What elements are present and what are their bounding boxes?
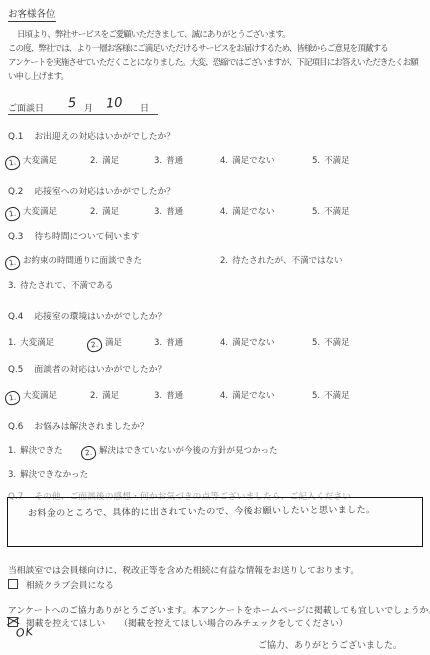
q6-option-1-num: 1. bbox=[8, 446, 16, 456]
q1-option-5-label: 不満足 bbox=[324, 156, 350, 166]
q1-option-1-label: 大変満足 bbox=[23, 156, 57, 166]
interview-date-day-suffix: 日 bbox=[140, 101, 149, 114]
q1-option-1: 1.大変満足 bbox=[8, 154, 57, 170]
closing-thanks: ご協力、ありがとうございました。 bbox=[258, 638, 402, 651]
q2-option-4: 4.満足でない bbox=[220, 205, 275, 217]
q3-options-row2: 3.待たされて、不満である bbox=[8, 279, 426, 293]
q3-options-row1: 1.お約束の時間通りに面談できた 2.待たされたが、不満ではない bbox=[8, 254, 426, 268]
intro-line-2: この度、弊社では、より一層お客様にご満足いただけるサービスをお届けするため、皆様… bbox=[8, 42, 426, 54]
q4-option-1-num: 1. bbox=[8, 338, 16, 348]
q5-option-5: 5.不満足 bbox=[312, 389, 350, 401]
q2-option-5: 5.不満足 bbox=[312, 205, 350, 217]
q1-text: お出迎えの対応はいかがでしたか？ bbox=[34, 132, 175, 142]
q4-option-4-label: 満足でない bbox=[232, 338, 275, 348]
q3-option-2-num: 2. bbox=[220, 256, 228, 266]
q2-option-1-label: 大変満足 bbox=[23, 207, 57, 217]
q6-options-row1: 1.解決できた 2.解決はできていないが今後の方針が見つかった bbox=[8, 444, 426, 458]
q4-answer-circle-mark: 2. bbox=[86, 337, 103, 353]
interview-date-month-suffix: 月 bbox=[84, 101, 93, 114]
q5-option-5-label: 不満足 bbox=[324, 391, 350, 401]
q4-id: Q.4 bbox=[8, 312, 23, 322]
q3-text: 待ち時間について伺います bbox=[34, 232, 139, 242]
q1-answer-circle-mark: 1. bbox=[4, 155, 21, 171]
q3-option-1-label: お約束の時間通りに面談できた bbox=[23, 256, 142, 266]
q1-id: Q.1 bbox=[8, 132, 23, 142]
questionnaire-document: お客様各位 日頃より、弊社サービスをご愛顧いただきまして、誠にありがとうございま… bbox=[0, 0, 430, 655]
q2-heading: Q.2応接室への対応はいかがでしたか？ bbox=[8, 184, 426, 197]
q6-option-3: 3.解決できなかった bbox=[8, 468, 88, 480]
q6-option-1: 1.解決できた bbox=[8, 444, 63, 456]
q6-option-3-num: 3. bbox=[8, 470, 16, 480]
q2-id: Q.2 bbox=[8, 187, 23, 197]
q1-option-2: 2.満足 bbox=[90, 154, 119, 166]
q6-option-1-label: 解決できた bbox=[20, 446, 63, 456]
q3-option-3-label: 待たされて、不満である bbox=[20, 281, 113, 291]
q6-option-2-label: 解決はできていないが今後の方針が見つかった bbox=[99, 446, 278, 456]
publish-decline-checkbox-scribbled bbox=[8, 617, 18, 627]
q4-option-2-label: 満足 bbox=[105, 338, 122, 348]
q6-text: お悩みは解決されましたか？ bbox=[34, 422, 148, 432]
q6-answer-circle-mark: 2. bbox=[80, 445, 97, 461]
publish-question-line: アンケートへのご協力ありがとうございます。本アンケートをホームページに掲載しても… bbox=[8, 603, 426, 616]
q3-option-1: 1.お約束の時間通りに面談できた bbox=[8, 254, 142, 270]
q5-option-4-num: 4. bbox=[220, 391, 228, 401]
club-member-checkbox bbox=[8, 579, 18, 589]
q5-answer-circle-mark: 1. bbox=[4, 390, 21, 406]
q5-heading: Q.5面談者の対応はいかがでしたか？ bbox=[8, 362, 426, 375]
q5-option-2-num: 2. bbox=[90, 391, 98, 401]
q3-option-2: 2.待たされたが、不満ではない bbox=[220, 254, 343, 266]
q4-option-5-label: 不満足 bbox=[324, 338, 350, 348]
q2-option-2-num: 2. bbox=[90, 207, 98, 217]
q1-option-3-num: 3. bbox=[154, 156, 162, 166]
q2-option-2-label: 満足 bbox=[102, 207, 119, 217]
q5-option-3-num: 3. bbox=[154, 391, 162, 401]
q6-option-2: 2.解決はできていないが今後の方針が見つかった bbox=[84, 444, 278, 460]
q5-option-3-label: 普通 bbox=[166, 391, 183, 401]
q2-option-5-num: 5. bbox=[312, 207, 320, 217]
q1-heading: Q.1お出迎えの対応はいかがでしたか？ bbox=[8, 129, 426, 142]
comment-box: お料金のところで、具体的に出されていたので、今後お願いしたいと思いました。 bbox=[7, 497, 423, 547]
q4-option-2: 2.満足 bbox=[90, 336, 122, 352]
handwritten-ok: OK bbox=[15, 625, 34, 640]
q5-id: Q.5 bbox=[8, 365, 23, 375]
q5-option-5-num: 5. bbox=[312, 391, 320, 401]
q1-option-3: 3.普通 bbox=[154, 154, 183, 166]
interview-date-label: ご面談日 bbox=[8, 101, 44, 114]
q3-heading: Q.3待ち時間について伺います bbox=[8, 229, 426, 242]
q5-option-3: 3.普通 bbox=[154, 389, 183, 401]
interview-date-row: ご面談日 5 月 10 日 bbox=[8, 99, 158, 115]
q6-heading: Q.6お悩みは解決されましたか？ bbox=[8, 419, 426, 432]
q1-option-4-num: 4. bbox=[220, 156, 228, 166]
q5-option-4-label: 満足でない bbox=[232, 391, 275, 401]
q4-option-3: 3.普通 bbox=[154, 336, 183, 348]
q6-id: Q.6 bbox=[8, 422, 23, 432]
handwritten-comment: お料金のところで、具体的に出されていたので、今後お願いしたいと思いました。 bbox=[28, 502, 414, 519]
q4-text: 応接室の環境はいかがでしたか？ bbox=[34, 312, 166, 322]
q5-option-1: 1.大変満足 bbox=[8, 389, 57, 405]
intro-line-1: 日頃より、弊社サービスをご愛顧いただきまして、誠にありがとうございます。 bbox=[8, 28, 426, 40]
q1-option-5: 5.不満足 bbox=[312, 154, 350, 166]
q2-option-4-num: 4. bbox=[220, 207, 228, 217]
club-info-line: 当相談室では会員様向けに、税改正等を含めた相続に有益な情報をお送りしております。 bbox=[8, 563, 426, 576]
q1-option-2-label: 満足 bbox=[102, 156, 119, 166]
q4-option-1: 1.大変満足 bbox=[8, 336, 54, 348]
interview-date-month-value-handwritten: 5 bbox=[67, 96, 76, 112]
q2-option-1: 1.大変満足 bbox=[8, 205, 57, 221]
q1-option-3-label: 普通 bbox=[166, 156, 183, 166]
q2-text: 応接室への対応はいかがでしたか？ bbox=[34, 187, 175, 197]
q2-option-3-num: 3. bbox=[154, 207, 162, 217]
q4-option-4: 4.満足でない bbox=[220, 336, 275, 348]
q5-option-2: 2.満足 bbox=[90, 389, 119, 401]
q5-option-4: 4.満足でない bbox=[220, 389, 275, 401]
q2-option-5-label: 不満足 bbox=[324, 207, 350, 217]
q2-option-2: 2.満足 bbox=[90, 205, 119, 217]
salutation: お客様各位 bbox=[8, 6, 426, 20]
publish-checkbox-note: （掲載を控えてほしい場合のみチェックをしてください） bbox=[119, 619, 347, 629]
q4-option-3-num: 3. bbox=[154, 338, 162, 348]
q2-answer-circle-mark: 1. bbox=[4, 206, 21, 222]
q5-option-1-label: 大変満足 bbox=[23, 391, 57, 401]
q3-option-2-label: 待たされたが、不満ではない bbox=[232, 256, 343, 266]
club-checkbox-label: 相続クラブ会員になる bbox=[26, 581, 114, 591]
q4-option-5-num: 5. bbox=[312, 338, 320, 348]
q4-option-4-num: 4. bbox=[220, 338, 228, 348]
q3-option-3: 3.待たされて、不満である bbox=[8, 279, 113, 291]
q1-option-5-num: 5. bbox=[312, 156, 320, 166]
q1-option-2-num: 2. bbox=[90, 156, 98, 166]
q3-option-3-num: 3. bbox=[8, 281, 16, 291]
q5-text: 面談者の対応はいかがでしたか？ bbox=[34, 365, 166, 375]
q6-options-row2: 3.解決できなかった bbox=[8, 468, 426, 482]
q5-option-2-label: 満足 bbox=[102, 391, 119, 401]
q2-options: 1.大変満足 2.満足 3.普通 4.満足でない 5.不満足 bbox=[8, 205, 426, 219]
salutation-text: お客様各位 bbox=[8, 9, 56, 22]
publish-checkbox-label: 掲載を控えてほしい bbox=[26, 619, 105, 629]
q3-answer-circle-mark: 1. bbox=[4, 255, 21, 271]
q4-options: 1.大変満足 2.満足 3.普通 4.満足でない 5.不満足 bbox=[8, 336, 426, 350]
q4-option-1-label: 大変満足 bbox=[20, 338, 54, 348]
intro-line-4: い申し上げます。 bbox=[8, 70, 426, 82]
q2-option-3-label: 普通 bbox=[166, 207, 183, 217]
q1-option-4: 4.満足でない bbox=[220, 154, 275, 166]
q6-option-3-label: 解決できなかった bbox=[20, 470, 88, 480]
intro-line-3: アンケートを実施させていただくことになりました。大変、恐縮ではございますが、下記… bbox=[8, 56, 426, 68]
q2-option-3: 3.普通 bbox=[154, 205, 183, 217]
q1-option-4-label: 満足でない bbox=[232, 156, 275, 166]
q4-option-3-label: 普通 bbox=[166, 338, 183, 348]
q3-id: Q.3 bbox=[8, 232, 23, 242]
club-checkbox-row: 相続クラブ会員になる bbox=[8, 578, 426, 591]
q4-heading: Q.4応接室の環境はいかがでしたか？ bbox=[8, 309, 426, 322]
interview-date-day-value-handwritten: 10 bbox=[105, 95, 123, 111]
q4-option-5: 5.不満足 bbox=[312, 336, 350, 348]
q2-option-4-label: 満足でない bbox=[232, 207, 275, 217]
publish-checkbox-row: 掲載を控えてほしい（掲載を控えてほしい場合のみチェックをしてください） bbox=[8, 616, 426, 629]
q1-options: 1.大変満足 2.満足 3.普通 4.満足でない 5.不満足 bbox=[8, 154, 426, 168]
q5-options: 1.大変満足 2.満足 3.普通 4.満足でない 5.不満足 bbox=[8, 389, 426, 403]
